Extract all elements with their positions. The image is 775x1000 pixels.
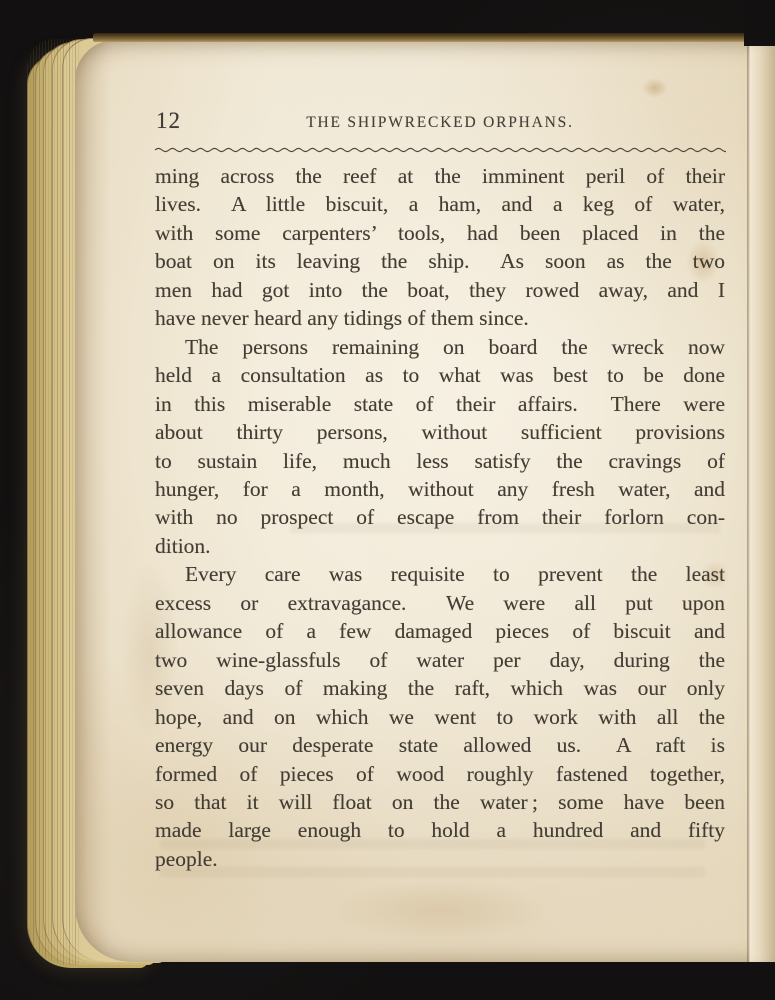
text-line: men had got into the boat, they rowed aw… bbox=[155, 276, 725, 304]
text-line: Every care was requisite to prevent the … bbox=[155, 560, 725, 588]
text-line: held a consultation as to what was best … bbox=[155, 361, 725, 389]
page-gutter bbox=[747, 46, 775, 962]
text-line: dition. bbox=[155, 532, 725, 560]
paragraph: The persons remaining on board the wreck… bbox=[155, 333, 725, 561]
foxing-stain bbox=[642, 78, 668, 98]
text-line: ming across the reef at the imminent per… bbox=[155, 162, 725, 190]
page-edge-texture bbox=[27, 39, 79, 965]
text-line: in this miserable state of their affairs… bbox=[155, 390, 725, 418]
text-line: made large enough to hold a hundred and … bbox=[155, 816, 725, 844]
page-top-edge bbox=[93, 33, 745, 42]
text-line: to sustain life, much less satisfy the c… bbox=[155, 447, 725, 475]
text-line: seven days of making the raft, which was… bbox=[155, 674, 725, 702]
text-line: people. bbox=[155, 845, 725, 873]
paragraph: ming across the reef at the imminent per… bbox=[155, 162, 725, 333]
text-line: boat on its leaving the ship. As soon as… bbox=[155, 247, 725, 275]
gutter-shadow bbox=[744, 0, 775, 46]
text-line: hope, and on which we went to work with … bbox=[155, 703, 725, 731]
text-line: about thirty persons, without sufficient… bbox=[155, 418, 725, 446]
text-line: excess or extravagance. We were all put … bbox=[155, 589, 725, 617]
foxing-stain bbox=[330, 880, 550, 940]
text-line: The persons remaining on board the wreck… bbox=[155, 333, 725, 361]
text-line: formed of pieces of wood roughly fastene… bbox=[155, 760, 725, 788]
text-line: two wine-glassfuls of water per day, dur… bbox=[155, 646, 725, 674]
wavy-rule-svg bbox=[154, 146, 726, 154]
text-line: energy our desperate state allowed us. A… bbox=[155, 731, 725, 759]
text-line: with no prospect of escape from their fo… bbox=[155, 503, 725, 531]
paragraph: Every care was requisite to prevent the … bbox=[155, 560, 725, 873]
text-line: so that it will float on the water ; som… bbox=[155, 788, 725, 816]
text-line: allowance of a few damaged pieces of bis… bbox=[155, 617, 725, 645]
text-line: lives. A little biscuit, a ham, and a ke… bbox=[155, 190, 725, 218]
page-body: ming across the reef at the imminent per… bbox=[155, 162, 725, 873]
text-line: with some carpenters’ tools, had been pl… bbox=[155, 219, 725, 247]
text-line: have never heard any tidings of them sin… bbox=[155, 304, 725, 332]
wavy-rule bbox=[154, 141, 726, 149]
book-photo: 12 THE SHIPWRECKED ORPHANS. ming across … bbox=[0, 0, 775, 1000]
running-title: THE SHIPWRECKED ORPHANS. bbox=[155, 114, 725, 132]
text-line: hunger, for a month, without any fresh w… bbox=[155, 475, 725, 503]
